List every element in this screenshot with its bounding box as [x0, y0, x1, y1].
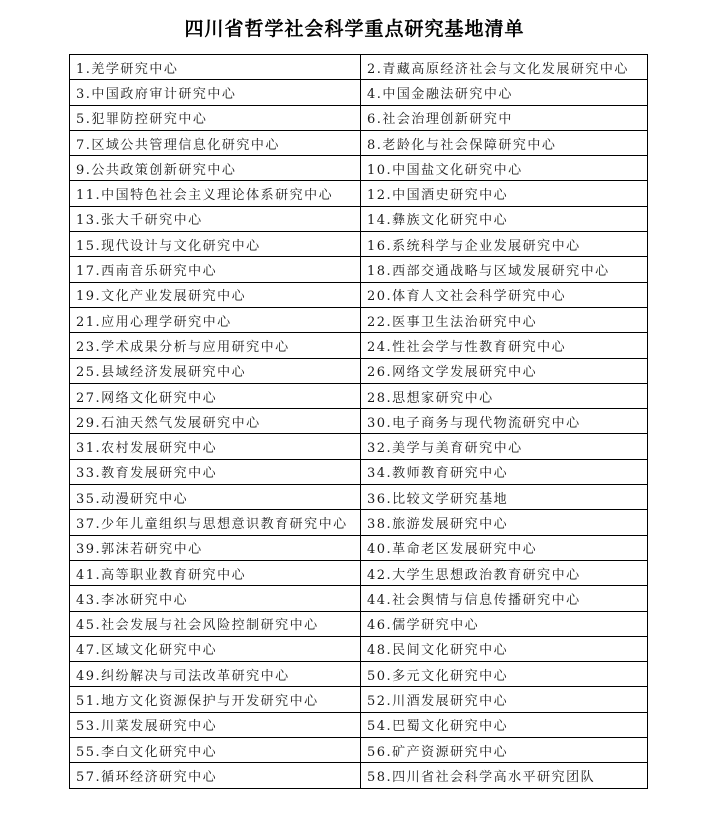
research-center-cell: 16.系统科学与企业发展研究中心 [361, 232, 648, 257]
research-center-cell: 49.纠纷解决与司法改革研究中心 [70, 662, 361, 687]
research-center-cell: 6.社会治理创新研究中 [361, 105, 648, 130]
research-center-cell: 54.巴蜀文化研究中心 [361, 712, 648, 737]
research-center-cell: 5.犯罪防控研究中心 [70, 105, 361, 130]
table-row: 31.农村发展研究中心32.美学与美育研究中心 [70, 434, 648, 459]
research-center-cell: 29.石油天然气发展研究中心 [70, 409, 361, 434]
research-center-cell: 32.美学与美育研究中心 [361, 434, 648, 459]
research-center-cell: 28.思想家研究中心 [361, 383, 648, 408]
research-center-cell: 43.李冰研究中心 [70, 586, 361, 611]
table-row: 29.石油天然气发展研究中心30.电子商务与现代物流研究中心 [70, 409, 648, 434]
research-center-cell: 3.中国政府审计研究中心 [70, 80, 361, 105]
research-center-cell: 27.网络文化研究中心 [70, 383, 361, 408]
research-center-cell: 37.少年儿童组织与思想意识教育研究中心 [70, 510, 361, 535]
table-row: 45.社会发展与社会风险控制研究中心46.儒学研究中心 [70, 611, 648, 636]
table-row: 35.动漫研究中心36.比较文学研究基地 [70, 485, 648, 510]
table-row: 25.县域经济发展研究中心26.网络文学发展研究中心 [70, 358, 648, 383]
research-center-cell: 58.四川省社会科学高水平研究团队 [361, 763, 648, 788]
table-row: 7.区域公共管理信息化研究中心8.老龄化与社会保障研究中心 [70, 130, 648, 155]
research-center-cell: 17.西南音乐研究中心 [70, 257, 361, 282]
table-body: 1.羌学研究中心2.青藏高原经济社会与文化发展研究中心3.中国政府审计研究中心4… [70, 55, 648, 789]
research-center-cell: 2.青藏高原经济社会与文化发展研究中心 [361, 55, 648, 80]
table-row: 1.羌学研究中心2.青藏高原经济社会与文化发展研究中心 [70, 55, 648, 80]
table-row: 13.张大千研究中心14.彝族文化研究中心 [70, 206, 648, 231]
research-center-cell: 48.民间文化研究中心 [361, 636, 648, 661]
research-center-cell: 57.循环经济研究中心 [70, 763, 361, 788]
research-center-cell: 8.老龄化与社会保障研究中心 [361, 130, 648, 155]
research-center-cell: 40.革命老区发展研究中心 [361, 535, 648, 560]
research-center-cell: 50.多元文化研究中心 [361, 662, 648, 687]
research-center-cell: 14.彝族文化研究中心 [361, 206, 648, 231]
research-center-cell: 22.医事卫生法治研究中心 [361, 307, 648, 332]
research-center-cell: 18.西部交通战略与区域发展研究中心 [361, 257, 648, 282]
research-center-cell: 11.中国特色社会主义理论体系研究中心 [70, 181, 361, 206]
table-row: 21.应用心理学研究中心22.医事卫生法治研究中心 [70, 307, 648, 332]
research-center-cell: 44.社会舆情与信息传播研究中心 [361, 586, 648, 611]
table-row: 55.李白文化研究中心56.矿产资源研究中心 [70, 738, 648, 763]
research-center-cell: 13.张大千研究中心 [70, 206, 361, 231]
research-center-cell: 45.社会发展与社会风险控制研究中心 [70, 611, 361, 636]
research-center-cell: 34.教师教育研究中心 [361, 459, 648, 484]
research-center-cell: 19.文化产业发展研究中心 [70, 282, 361, 307]
table-row: 51.地方文化资源保护与开发研究中心52.川酒发展研究中心 [70, 687, 648, 712]
research-center-cell: 53.川菜发展研究中心 [70, 712, 361, 737]
table-row: 19.文化产业发展研究中心20.体育人文社会科学研究中心 [70, 282, 648, 307]
table-row: 23.学术成果分析与应用研究中心24.性社会学与性教育研究中心 [70, 333, 648, 358]
research-center-cell: 38.旅游发展研究中心 [361, 510, 648, 535]
research-center-cell: 23.学术成果分析与应用研究中心 [70, 333, 361, 358]
table-row: 11.中国特色社会主义理论体系研究中心12.中国酒史研究中心 [70, 181, 648, 206]
table-row: 27.网络文化研究中心28.思想家研究中心 [70, 383, 648, 408]
table-row: 39.郭沫若研究中心40.革命老区发展研究中心 [70, 535, 648, 560]
table-row: 9.公共政策创新研究中心10.中国盐文化研究中心 [70, 156, 648, 181]
research-center-cell: 47.区域文化研究中心 [70, 636, 361, 661]
table-row: 33.教育发展研究中心34.教师教育研究中心 [70, 459, 648, 484]
table-row: 17.西南音乐研究中心18.西部交通战略与区域发展研究中心 [70, 257, 648, 282]
research-center-cell: 21.应用心理学研究中心 [70, 307, 361, 332]
table-row: 37.少年儿童组织与思想意识教育研究中心38.旅游发展研究中心 [70, 510, 648, 535]
table-row: 3.中国政府审计研究中心4.中国金融法研究中心 [70, 80, 648, 105]
research-center-cell: 33.教育发展研究中心 [70, 459, 361, 484]
research-center-cell: 51.地方文化资源保护与开发研究中心 [70, 687, 361, 712]
table-row: 43.李冰研究中心44.社会舆情与信息传播研究中心 [70, 586, 648, 611]
table-row: 41.高等职业教育研究中心42.大学生思想政治教育研究中心 [70, 560, 648, 585]
research-center-cell: 20.体育人文社会科学研究中心 [361, 282, 648, 307]
table-row: 53.川菜发展研究中心54.巴蜀文化研究中心 [70, 712, 648, 737]
research-center-cell: 42.大学生思想政治教育研究中心 [361, 560, 648, 585]
research-center-cell: 46.儒学研究中心 [361, 611, 648, 636]
research-base-table: 1.羌学研究中心2.青藏高原经济社会与文化发展研究中心3.中国政府审计研究中心4… [69, 54, 648, 789]
table-row: 15.现代设计与文化研究中心16.系统科学与企业发展研究中心 [70, 232, 648, 257]
table-row: 47.区域文化研究中心48.民间文化研究中心 [70, 636, 648, 661]
research-center-cell: 55.李白文化研究中心 [70, 738, 361, 763]
research-center-cell: 35.动漫研究中心 [70, 485, 361, 510]
research-center-cell: 56.矿产资源研究中心 [361, 738, 648, 763]
table-row: 57.循环经济研究中心58.四川省社会科学高水平研究团队 [70, 763, 648, 788]
table-row: 49.纠纷解决与司法改革研究中心50.多元文化研究中心 [70, 662, 648, 687]
research-center-cell: 39.郭沫若研究中心 [70, 535, 361, 560]
research-center-cell: 9.公共政策创新研究中心 [70, 156, 361, 181]
research-center-cell: 36.比较文学研究基地 [361, 485, 648, 510]
research-center-cell: 52.川酒发展研究中心 [361, 687, 648, 712]
research-center-cell: 1.羌学研究中心 [70, 55, 361, 80]
research-center-cell: 31.农村发展研究中心 [70, 434, 361, 459]
research-center-cell: 10.中国盐文化研究中心 [361, 156, 648, 181]
research-center-cell: 12.中国酒史研究中心 [361, 181, 648, 206]
research-center-cell: 41.高等职业教育研究中心 [70, 560, 361, 585]
research-center-cell: 24.性社会学与性教育研究中心 [361, 333, 648, 358]
research-center-cell: 30.电子商务与现代物流研究中心 [361, 409, 648, 434]
research-center-cell: 7.区域公共管理信息化研究中心 [70, 130, 361, 155]
research-center-cell: 4.中国金融法研究中心 [361, 80, 648, 105]
research-center-cell: 25.县域经济发展研究中心 [70, 358, 361, 383]
research-center-cell: 15.现代设计与文化研究中心 [70, 232, 361, 257]
table-row: 5.犯罪防控研究中心6.社会治理创新研究中 [70, 105, 648, 130]
research-center-cell: 26.网络文学发展研究中心 [361, 358, 648, 383]
document-title: 四川省哲学社会科学重点研究基地清单 [0, 14, 709, 41]
